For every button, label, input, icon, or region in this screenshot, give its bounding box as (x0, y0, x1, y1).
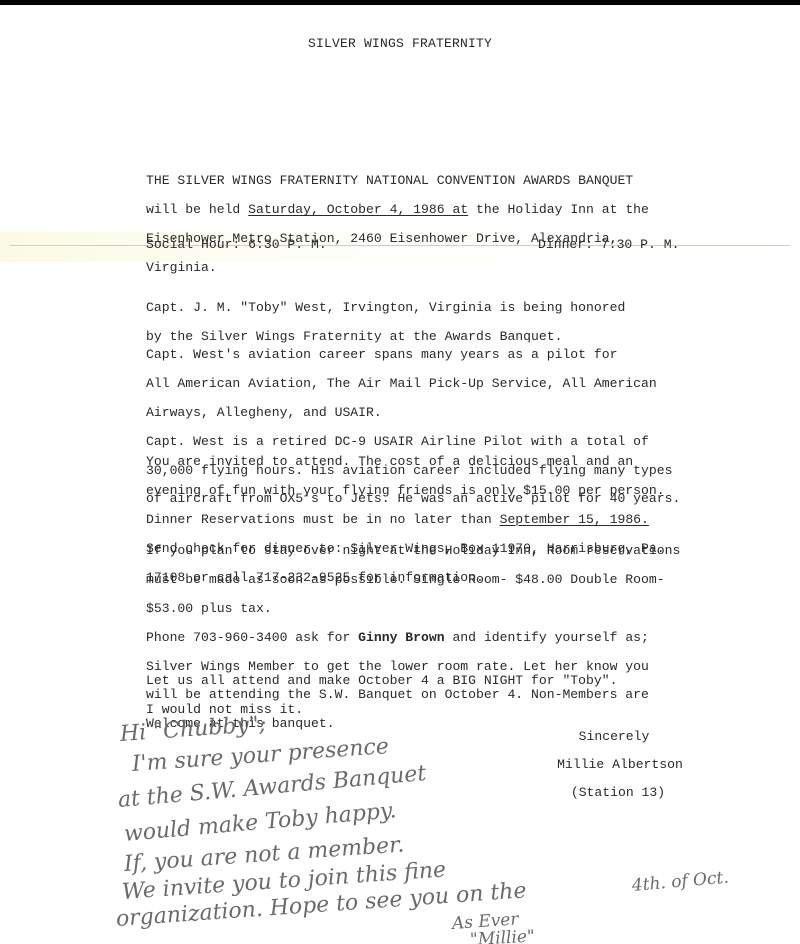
scan-top-border (0, 0, 800, 5)
lodging-text: Phone 703-960-3400 ask for (146, 630, 358, 645)
lodging-line: If you plan to stay over night at the Ho… (146, 544, 796, 558)
career-line: All American Aviation, The Air Mail Pick… (146, 377, 796, 391)
dinner-time: Dinner: 7:30 P. M. (538, 237, 679, 252)
signer-station: (Station 13) (542, 786, 694, 800)
invite-line: Dinner Reservations must be in no later … (146, 513, 796, 527)
handwritten-date: 4th. of Oct. (631, 868, 729, 896)
intro-paragraph: THE SILVER WINGS FRATERNITY NATIONAL CON… (146, 160, 796, 290)
signer-name: Millie Albertson (546, 758, 694, 772)
contact-name: Ginny Brown (358, 630, 444, 645)
lodging-line: $53.00 plus tax. (146, 602, 796, 616)
social-hour: Social Hour: 6:30 P. M. (146, 237, 327, 252)
intro-text: will be held (146, 202, 248, 217)
letterhead-title: SILVER WINGS FRATERNITY (0, 36, 800, 51)
closing-line: Let us all attend and make October 4 a B… (146, 674, 796, 688)
banquet-date: Saturday, October 4, 1986 at (248, 202, 468, 217)
intro-line: will be held Saturday, October 4, 1986 a… (146, 203, 796, 217)
career-line: Airways, Allegheny, and USAIR. (146, 406, 796, 420)
lodging-line: Phone 703-960-3400 ask for Ginny Brown a… (146, 631, 796, 645)
honoree-line: Capt. J. M. "Toby" West, Irvington, Virg… (146, 301, 796, 315)
handwritten-signature: "Millie" (469, 927, 535, 944)
lodging-text: and identify yourself as; (445, 630, 649, 645)
invite-line: You are invited to attend. The cost of a… (146, 455, 796, 469)
lodging-line: must be made as soon as possible. Single… (146, 573, 796, 587)
intro-text: the Holiday Inn at the (468, 202, 649, 217)
reservation-deadline: September 15, 1986. (500, 512, 649, 527)
invite-text: Dinner Reservations must be in no later … (146, 512, 500, 527)
intro-line: THE SILVER WINGS FRATERNITY NATIONAL CON… (146, 174, 796, 188)
signature-block: Sincerely Millie Albertson (Station 13) (534, 716, 694, 814)
career-line: Capt. West's aviation career spans many … (146, 348, 796, 362)
valediction: Sincerely (534, 730, 694, 744)
intro-line: Virginia. (146, 261, 796, 275)
invite-line: evening of fun with your flying friends … (146, 484, 796, 498)
